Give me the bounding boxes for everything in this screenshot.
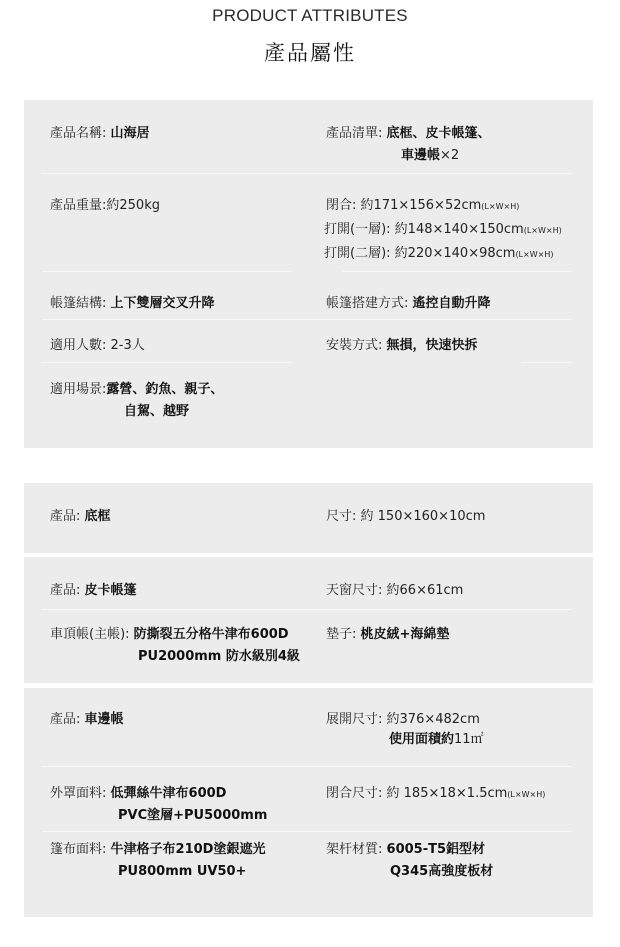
use-scenes-line2: 自駕、越野 [124,402,189,422]
use-scenes: 適用場景:露營、釣魚、親子、 [50,380,223,400]
tent-structure: 帳篷結構: 上下雙層交叉升降 [50,294,215,314]
canopy-fabric-line2: PU800mm UV50+ [118,862,246,882]
frame-material: 架杆材質: 6005-T5鋁型材 [326,840,485,860]
pickup-tent-panel: 產品: 皮卡帳篷 天窗尺寸: 約66×61cm 車頂帳(主帳): 防撕裂五分格牛… [24,557,593,683]
open-size-one-layer: 打開(一層): 約148×140×150cm(L×W×H) [324,220,562,241]
general-attributes-panel: 產品名稱: 山海居 產品清單: 底框、皮卡帳篷、 車邊帳×2 產品重量:約250… [24,100,593,448]
roof-tent-material-line2: PU2000mm 防水級別4級 [138,647,300,667]
row-divider [342,271,572,272]
roof-tent-material: 車頂帳(主帳): 防撕裂五分格牛津布600D [50,625,289,645]
product-list: 產品清單: 底框、皮卡帳篷、 [326,124,491,144]
folded-size: 閉合尺寸: 約 185×18×1.5cm(L×W×H) [326,784,545,805]
install-method: 安裝方式: 無損，快速快拆 [326,336,478,356]
base-frame-size: 尺寸: 約 150×160×10cm [326,507,485,527]
side-tent-panel: 產品: 車邊帳 展開尺寸: 約376×482cm 使用面積約11㎡ 外罩面料: … [24,688,593,917]
closed-size: 閉合: 約171×156×52cm(L×W×H) [326,196,519,217]
row-divider [522,362,572,363]
page-title: 產品屬性 [0,37,620,67]
product-list-line2: 車邊帳×2 [401,146,459,166]
row-divider [42,831,572,832]
frame-material-line2: Q345高強度板材 [390,862,493,882]
row-divider [42,319,572,320]
usable-area: 使用面積約11㎡ [389,730,484,750]
row-divider [42,173,572,174]
product-side-tent: 產品: 車邊帳 [50,710,124,730]
tent-setup-method: 帳篷搭建方式: 遙控自動升降 [326,294,491,314]
row-divider [42,362,292,363]
skylight-size: 天窗尺寸: 約66×61cm [326,581,463,601]
capacity: 適用人數: 2-3人 [50,336,145,356]
product-weight: 產品重量:約250kg [50,196,160,216]
product-name: 產品名稱: 山海居 [50,124,150,144]
open-size-two-layer: 打開(二層): 約220×140×98cm(L×W×H) [324,244,553,265]
base-frame-panel: 產品: 底框 尺寸: 約 150×160×10cm [24,483,593,553]
mat-material: 墊子: 桃皮絨+海綿墊 [326,625,449,645]
outer-fabric: 外罩面料: 低彈絲牛津布600D [50,784,226,804]
product-base-frame: 產品: 底框 [50,507,111,527]
row-divider [42,766,572,767]
canopy-fabric: 篷布面料: 牛津格子布210D塗銀遮光 [50,840,265,860]
expanded-size: 展開尺寸: 約376×482cm [326,710,480,730]
title-en: PRODUCT ATTRIBUTES [0,6,620,26]
outer-fabric-line2: PVC塗層+PU5000mm [118,806,267,826]
product-pickup-tent: 產品: 皮卡帳篷 [50,581,137,601]
row-divider [42,609,572,610]
row-divider [42,271,292,272]
